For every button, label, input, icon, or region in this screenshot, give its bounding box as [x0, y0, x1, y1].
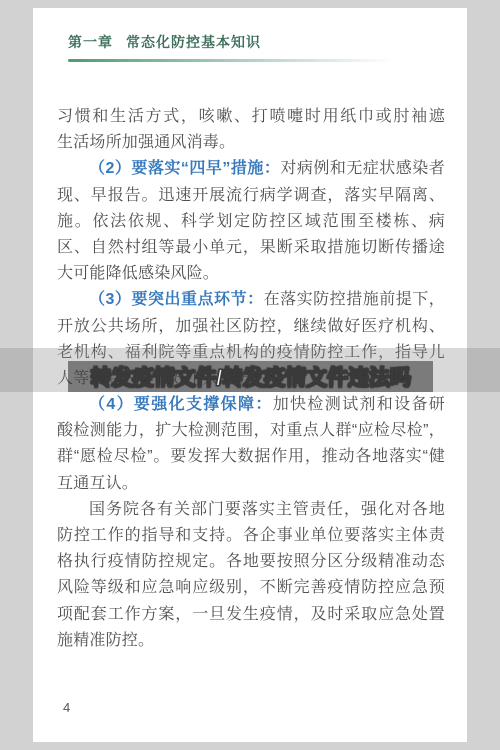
body-line: 酸检测能力，扩大检测范围，对重点人群“应检尽检”，其他人 — [57, 418, 445, 444]
paragraph-lead: （4）要强化支撑保障： — [89, 396, 273, 413]
line-text: 现、早报告。迅速开展流行病学调查，落实早隔离、早治疗措 — [57, 187, 445, 209]
body-line: 施精准防控。 — [57, 628, 445, 654]
body-line: 现、早报告。迅速开展流行病学调查，落实早隔离、早治疗措 — [57, 183, 445, 209]
chapter-header: 第一章常态化防控基本知识 — [68, 32, 261, 52]
watermark-text: 转发疫情文件/转发疫情文件违法吗 — [90, 361, 410, 392]
line-text: 项配套工作方案，一旦发生疫情，及时采取应急处置措施，实 — [57, 606, 445, 628]
body-line: 区、自然村组等最小单元，果断采取措施切断传播途径，尽最 — [57, 235, 445, 261]
chapter-title: 常态化防控基本知识 — [126, 34, 261, 50]
line-text: 防控工作的指导和支持。各企事业单位要落实主体责任，严 — [57, 527, 445, 549]
body-line: 习惯和生活方式，咳嗽、打喷嚏时用纸巾或肘袖遮挡。工作 — [57, 104, 445, 130]
body-line: 国务院各有关部门要落实主管责任，强化对各地常态化 — [57, 497, 445, 523]
body-line: 防控工作的指导和支持。各企事业单位要落实主体责任，严 — [57, 523, 445, 549]
body-line: 群“愿检尽检”。要发挥大数据作用，推动各地落实“健康码” — [57, 444, 445, 470]
screenshot-canvas: 第一章常态化防控基本知识 习惯和生活方式，咳嗽、打喷嚏时用纸巾或肘袖遮挡。工作生… — [0, 0, 500, 750]
body-line: 项配套工作方案，一旦发生疫情，及时采取应急处置措施，实 — [57, 602, 445, 628]
chapter-label: 第一章 — [68, 34, 113, 50]
body-line: 施。依法依规、科学划定防控区域范围至楼栋、病区、居民小 — [57, 209, 445, 235]
body-line: （2）要落实“四早”措施：对病例和无症状感染者早发 — [57, 156, 445, 182]
line-text: 格执行疫情防控规定。各地要按照分区分级精准动态调整 — [57, 553, 445, 575]
body-line: 生活场所加强通风消毒。 — [57, 130, 445, 156]
header-rule — [68, 59, 393, 62]
line-text: 施精准防控。 — [57, 632, 154, 649]
line-text: 区、自然村组等最小单元，果断采取措施切断传播途径，尽最 — [57, 239, 445, 261]
line-text: 施。依法依规、科学划定防控区域范围至楼栋、病区、居民小 — [57, 213, 445, 235]
body-line: （4）要强化支撑保障：加快检测试剂和设备研发，提高核 — [57, 392, 445, 418]
line-text: 国务院各有关部门要落实主管责任，强化对各地常态化 — [89, 501, 445, 523]
paragraph-lead: （2）要落实“四早”措施： — [89, 160, 280, 177]
line-text: 大可能降低感染风险。 — [57, 265, 219, 282]
line-text: 生活场所加强通风消毒。 — [57, 134, 235, 151]
page-number: 4 — [63, 700, 70, 715]
body-line: （3）要突出重点环节：在落实防控措施前提下，分类有序 — [57, 287, 445, 313]
line-text: 习惯和生活方式，咳嗽、打喷嚏时用纸巾或肘袖遮挡。工作 — [57, 108, 445, 130]
paragraph-lead: （3）要突出重点环节： — [89, 291, 264, 308]
line-text: 群“愿检尽检”。要发挥大数据作用，推动各地落实“健康码” — [57, 448, 445, 470]
line-text: 风险等级和应急响应级别，不断完善疫情防控应急预案和各 — [57, 579, 445, 601]
body-line: 互通互认。 — [57, 471, 445, 497]
line-text: 开放公共场所，加强社区防控，继续做好医疗机构、学校、养 — [57, 318, 445, 340]
body-line: 大可能降低感染风险。 — [57, 261, 445, 287]
body-line: 格执行疫情防控规定。各地要按照分区分级精准动态调整 — [57, 549, 445, 575]
body-line: 风险等级和应急响应级别，不断完善疫情防控应急预案和各 — [57, 575, 445, 601]
line-text: 酸检测能力，扩大检测范围，对重点人群“应检尽检”，其他人 — [57, 422, 445, 444]
watermark-banner: 转发疫情文件/转发疫情文件违法吗 — [68, 361, 433, 392]
line-text: 互通互认。 — [57, 475, 138, 492]
body-line: 开放公共场所，加强社区防控，继续做好医疗机构、学校、养 — [57, 314, 445, 340]
